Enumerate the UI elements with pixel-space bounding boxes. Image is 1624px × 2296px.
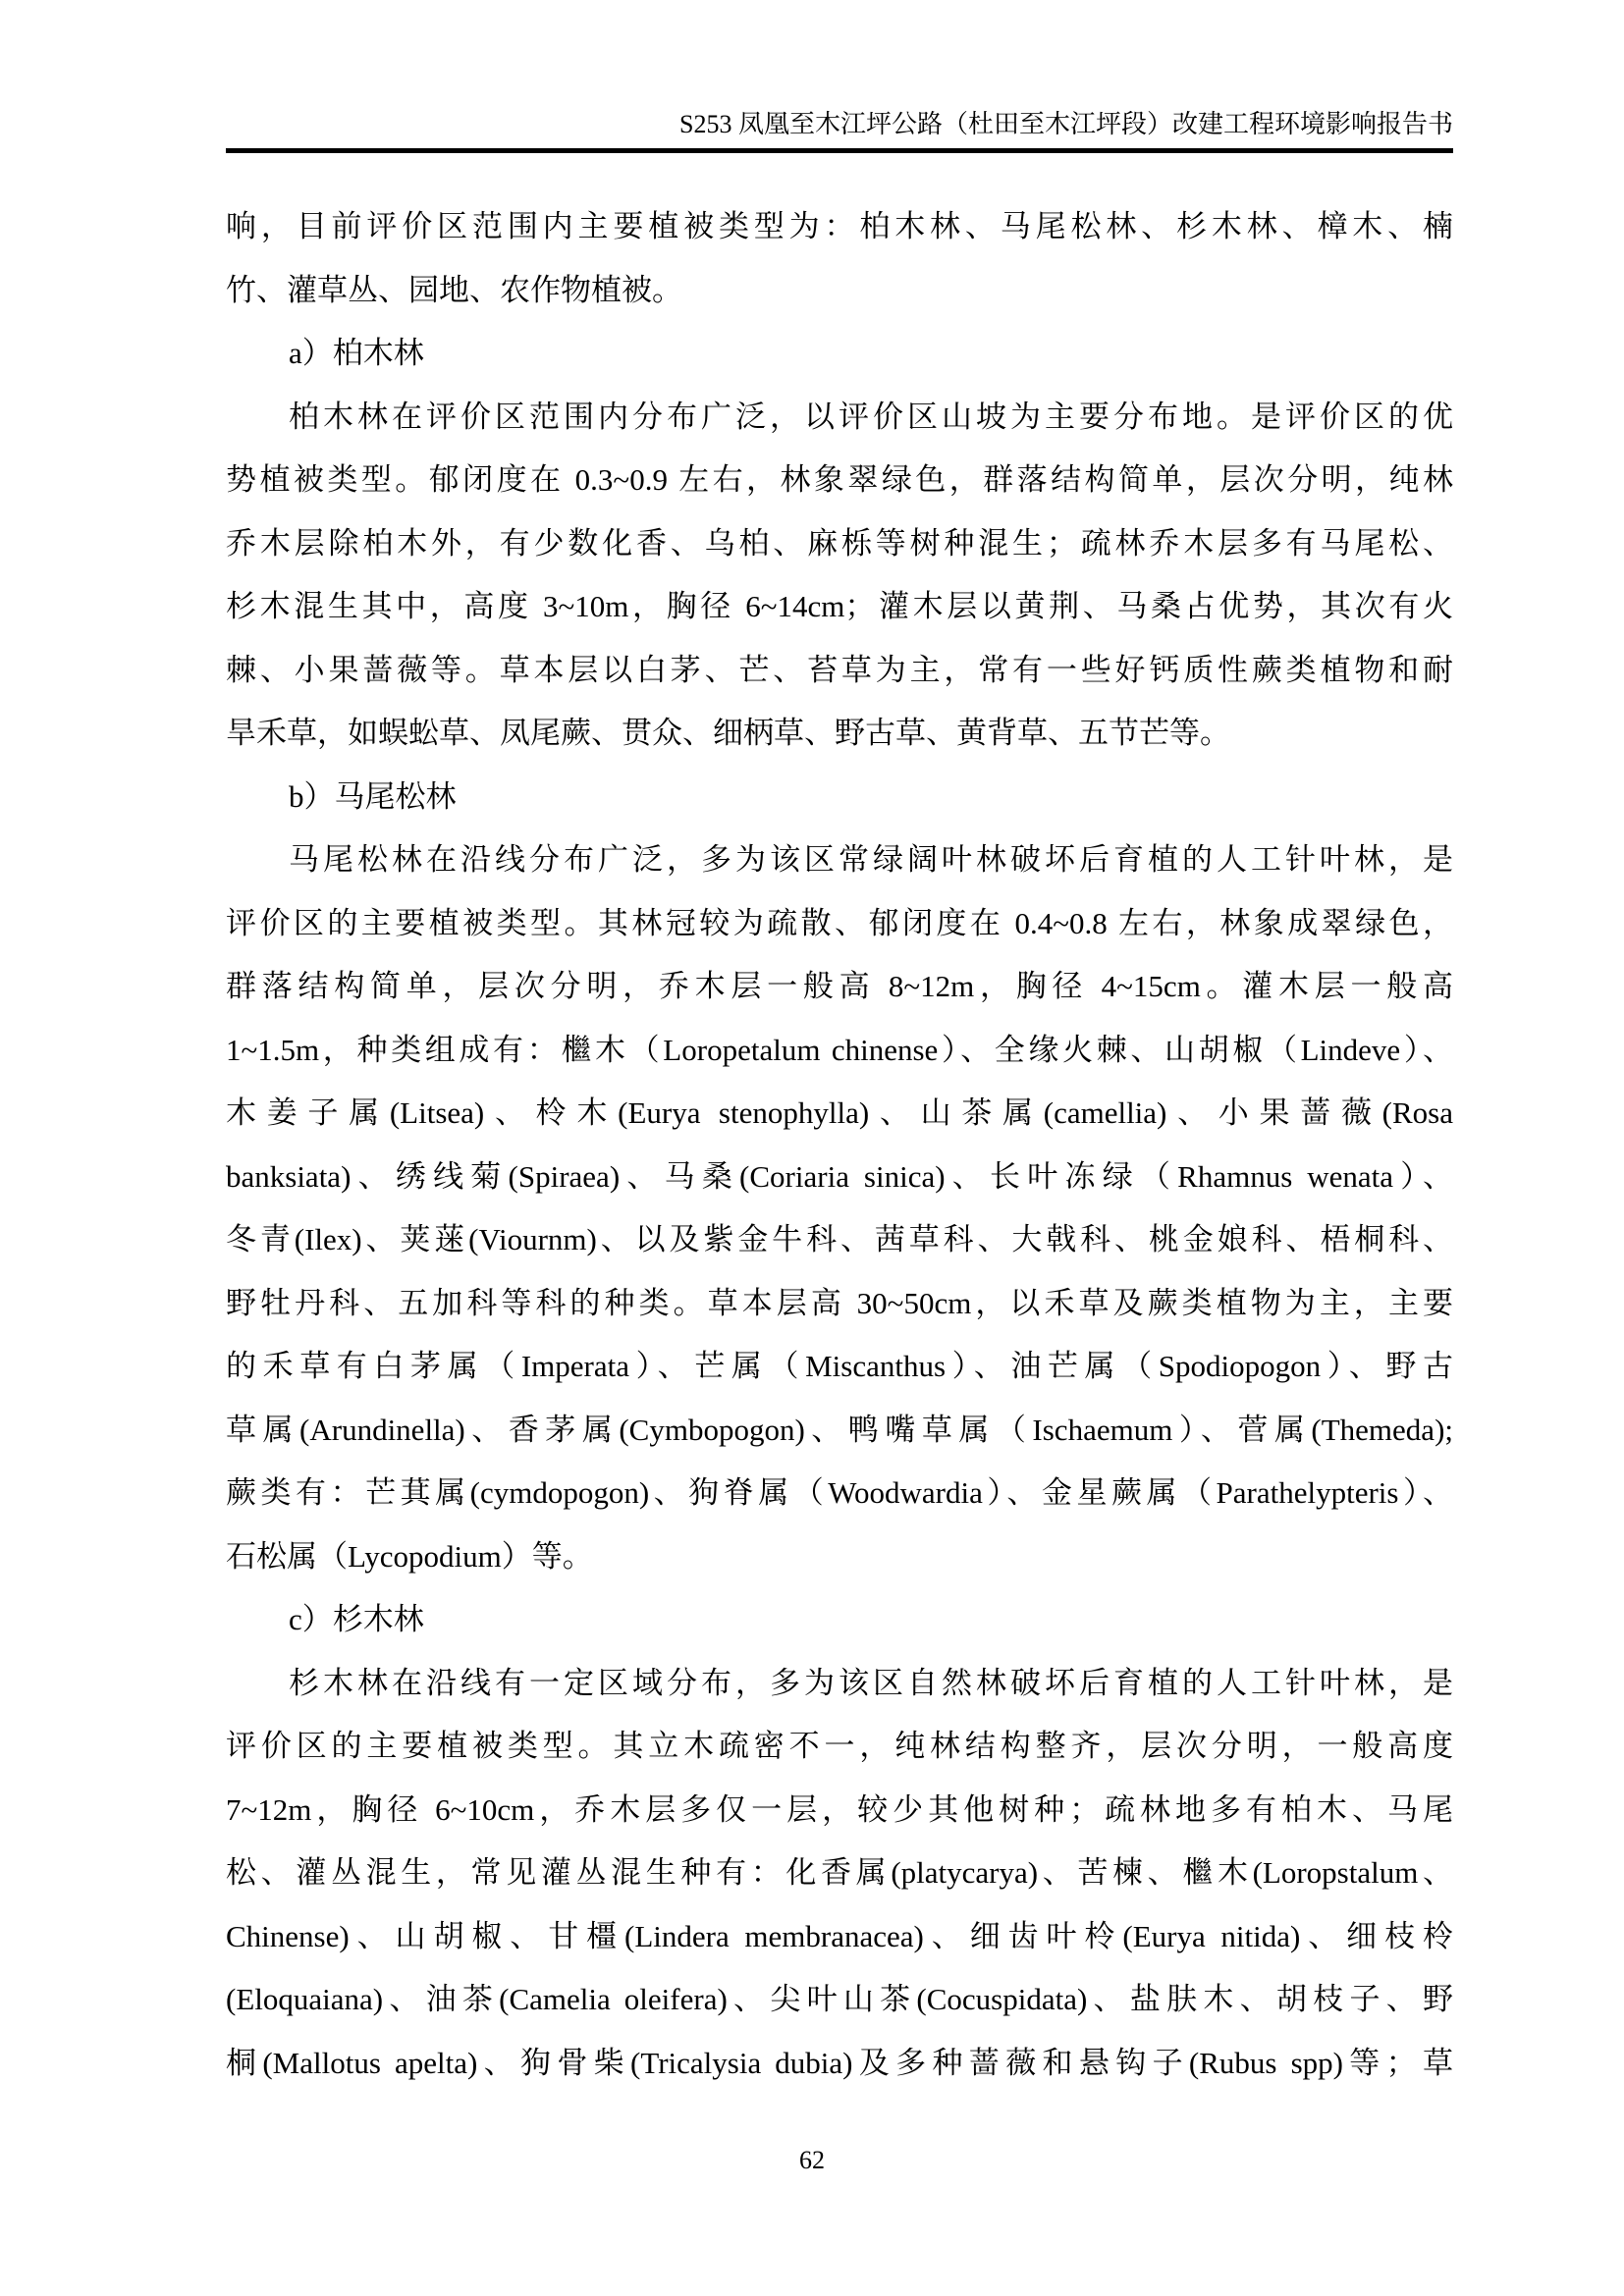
document-body: 响，目前评价区范围内主要植被类型为：柏木林、马尾松林、杉木林、樟木、楠竹、灌草丛…	[226, 195, 1453, 2095]
text-line: 杉木林在沿线有一定区域分布，多为该区自然林破坏后育植的人工针叶林，是	[226, 1652, 1453, 1716]
text-line: 马尾松林在沿线分布广泛，多为该区常绿阔叶林破坏后育植的人工针叶林，是	[226, 828, 1453, 892]
text-line: 的禾草有白茅属（Imperata）、芒属（Miscanthus）、油芒属（Spo…	[226, 1335, 1453, 1399]
text-line: 冬青(Ilex)、荚蒾(Viournm)、以及紫金牛科、茜草科、大戟科、桃金娘科…	[226, 1208, 1453, 1272]
text-line: 乔木层除柏木外，有少数化香、乌柏、麻栎等树种混生；疏林乔木层多有马尾松、	[226, 512, 1453, 576]
text-line: Chinense)、山胡椒、甘橿(Lindera membranacea)、细齿…	[226, 1905, 1453, 1969]
text-line: 1~1.5m，种类组成有：檵木（Loropetalum chinense）、全缘…	[226, 1019, 1453, 1083]
page-footer: 62	[0, 2146, 1624, 2175]
text-line: 评价区的主要植被类型。其林冠较为疏散、郁闭度在 0.4~0.8 左右，林象成翠绿…	[226, 892, 1453, 956]
text-line: 势植被类型。郁闭度在 0.3~0.9 左右，林象翠绿色，群落结构简单，层次分明，…	[226, 449, 1453, 512]
text-line: banksiata)、绣线菊(Spiraea)、马桑(Coriaria sini…	[226, 1146, 1453, 1209]
text-line: 群落结构简单，层次分明，乔木层一般高 8~12m，胸径 4~15cm。灌木层一般…	[226, 955, 1453, 1019]
text-line: a）柏木林	[226, 322, 1453, 386]
text-line: b）马尾松林	[226, 766, 1453, 829]
text-line: 草属(Arundinella)、香茅属(Cymbopogon)、鸭嘴草属（Isc…	[226, 1399, 1453, 1463]
text-line: 石松属（Lycopodium）等。	[226, 1525, 1453, 1589]
header-title: S253 凤凰至木江坪公路（杜田至木江坪段）改建工程环境影响报告书	[226, 110, 1453, 139]
header-rule	[226, 148, 1453, 153]
text-line: 响，目前评价区范围内主要植被类型为：柏木林、马尾松林、杉木林、樟木、楠	[226, 195, 1453, 259]
text-line: 木姜子属(Litsea)、柃木(Eurya stenophylla)、山茶属(c…	[226, 1082, 1453, 1146]
page-number: 62	[799, 2146, 825, 2174]
text-line: 野牡丹科、五加科等科的种类。草本层高 30~50cm，以禾草及蕨类植物为主，主要	[226, 1272, 1453, 1336]
document-page: S253 凤凰至木江坪公路（杜田至木江坪段）改建工程环境影响报告书 响，目前评价…	[0, 0, 1624, 2296]
text-line: 评价区的主要植被类型。其立木疏密不一，纯林结构整齐，层次分明，一般高度	[226, 1715, 1453, 1779]
text-line: 蕨类有：芒萁属(cymdopogon)、狗脊属（Woodwardia）、金星蕨属…	[226, 1462, 1453, 1525]
text-line: 棘、小果蔷薇等。草本层以白茅、芒、苔草为主，常有一些好钙质性蕨类植物和耐	[226, 639, 1453, 703]
text-line: 7~12m，胸径 6~10cm，乔木层多仅一层，较少其他树种；疏林地多有柏木、马…	[226, 1779, 1453, 1842]
text-line: c）杉木林	[226, 1588, 1453, 1652]
text-line: 松、灌丛混生，常见灌丛混生种有：化香属(platycarya)、苦楝、檵木(Lo…	[226, 1842, 1453, 1905]
text-line: 桐(Mallotus apelta)、狗骨柴(Tricalysia dubia)…	[226, 2032, 1453, 2096]
text-line: 柏木林在评价区范围内分布广泛，以评价区山坡为主要分布地。是评价区的优	[226, 386, 1453, 450]
text-line: 杉木混生其中，高度 3~10m，胸径 6~14cm；灌木层以黄荆、马桑占优势，其…	[226, 575, 1453, 639]
text-line: (Eloquaiana)、油茶(Camelia oleifera)、尖叶山茶(C…	[226, 1968, 1453, 2032]
text-line: 竹、灌草丛、园地、农作物植被。	[226, 259, 1453, 323]
text-line: 旱禾草，如蜈蚣草、凤尾蕨、贯众、细柄草、野古草、黄背草、五节芒等。	[226, 702, 1453, 766]
